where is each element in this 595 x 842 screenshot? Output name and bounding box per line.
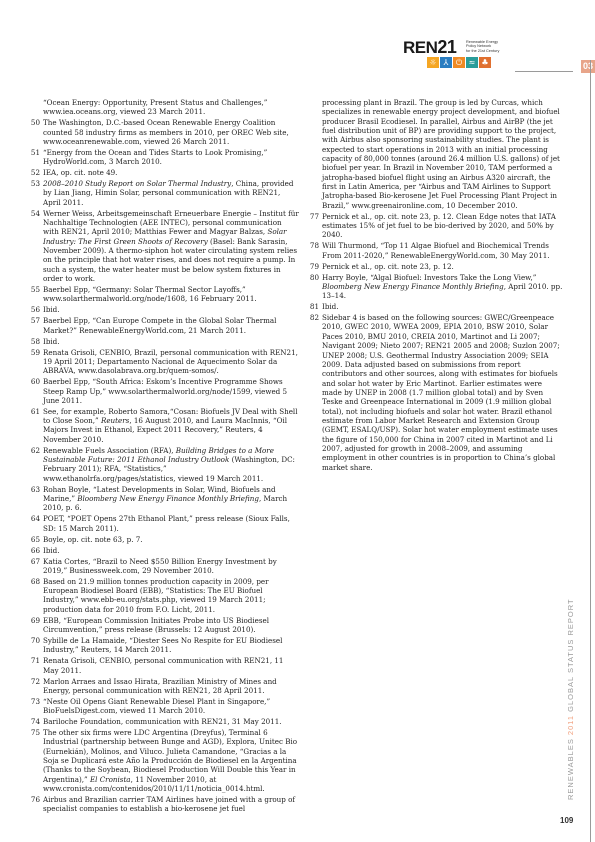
endnote-number: 64 — [25, 514, 40, 523]
endnote-number: 65 — [25, 535, 40, 544]
endnote-text: Airbus and Brazilian carrier TAM Airline… — [43, 795, 295, 813]
endnote-text: Ibid. — [43, 337, 60, 346]
water-icon: ≈ — [466, 57, 478, 68]
endnote-item: 67Katia Cortes, “Brazil to Need $550 Bil… — [32, 557, 299, 576]
endnote-item: “Ocean Energy: Opportunity, Present Stat… — [32, 98, 299, 117]
endnote-item: 71Renata Grisoli, CENBIO, personal commu… — [32, 656, 299, 675]
endnote-item: 59Renata Grisoli, CENBIO, Brazil, person… — [32, 348, 299, 376]
endnote-item: 72Marlon Arraes and Issao Hirata, Brazil… — [32, 677, 299, 696]
page-number: 109 — [560, 816, 573, 825]
endnote-item: 64POET, “POET Opens 27th Ethanol Plant,”… — [32, 514, 299, 533]
logo-tagline: Renewable Energy Policy Network for the … — [466, 40, 526, 53]
wind-icon: ⅄ — [440, 57, 452, 68]
endnote-item: 77Pernick et al., op. cit. note 23, p. 1… — [311, 212, 563, 240]
endnote-text: The Washington, D.C.-based Ocean Renewab… — [43, 118, 289, 146]
endnote-item: 81Ibid. — [311, 302, 563, 311]
endnote-item: 79Pernick et al., op. cit. note 23, p. 1… — [311, 262, 563, 271]
endnote-text: Based on 21.9 million tonnes production … — [43, 577, 269, 614]
endnote-text: processing plant in Brazil. The group is… — [322, 98, 560, 210]
endnote-item: 76Airbus and Brazilian carrier TAM Airli… — [32, 795, 299, 814]
endnote-number: 72 — [25, 677, 40, 686]
logo-icon-row: ☼ ⅄ ⏻ ≈ ♣ — [427, 57, 491, 68]
chapter-tab[interactable]: 03 — [581, 60, 595, 73]
endnote-text-lead: Renewable Fuels Association (RFA), — [43, 446, 176, 455]
endnote-title-italic: El Cronista — [90, 775, 131, 784]
endnote-number: 51 — [25, 148, 40, 157]
endnote-number: 80 — [304, 273, 319, 282]
endnote-number: 69 — [25, 616, 40, 625]
endnote-text: “Neste Oil Opens Giant Renewable Diesel … — [43, 697, 270, 715]
endnote-number: 50 — [25, 118, 40, 127]
endnote-number: 59 — [25, 348, 40, 357]
endnote-number: 53 — [25, 179, 40, 188]
endnote-number: 56 — [25, 305, 40, 314]
report-title-vertical: RENEWABLES 2011 GLOBAL STATUS REPORT — [566, 598, 575, 800]
endnote-text: Ibid. — [43, 305, 60, 314]
leaf-icon: ♣ — [479, 57, 491, 68]
endnote-number: 74 — [25, 717, 40, 726]
endnote-text: Baerbel Epp, “South Africa: Eskom’s Ince… — [43, 377, 287, 405]
endnote-item: 78Will Thurmond, “Top 11 Algae Biofuel a… — [311, 241, 563, 260]
endnote-item: 82Sidebar 4 is based on the following so… — [311, 313, 563, 472]
endnote-number: 79 — [304, 262, 319, 271]
logo-wordmark: REN21 — [403, 38, 456, 57]
endnote-item: 69EBB, “European Commission Initiates Pr… — [32, 616, 299, 635]
endnote-number: 71 — [25, 656, 40, 665]
endnote-text: Bariloche Foundation, communication with… — [43, 717, 282, 726]
endnote-item: 58Ibid. — [32, 337, 299, 346]
header-rule — [515, 71, 573, 72]
endnote-item: 74Bariloche Foundation, communication wi… — [32, 717, 299, 726]
endnote-text: Will Thurmond, “Top 11 Algae Biofuel and… — [322, 241, 550, 259]
endnote-item: 56Ibid. — [32, 305, 299, 314]
endnote-text-lead: Werner Weiss, Arbeitsgemeinschaft Erneue… — [43, 209, 299, 237]
sun-icon: ☼ — [427, 57, 439, 68]
endnote-text: Ibid. — [322, 302, 339, 311]
ren21-logo: REN21 Renewable Energy Policy Network fo… — [403, 38, 523, 68]
endnote-item: 68Based on 21.9 million tonnes productio… — [32, 577, 299, 614]
endnote-text: Sybille de La Hamaide, “Diester Sees No … — [43, 636, 282, 654]
endnote-number: 66 — [25, 546, 40, 555]
endnote-number: 55 — [25, 285, 40, 294]
endnote-text: Sidebar 4 is based on the following sour… — [322, 313, 560, 472]
endnote-title-italic: Bloomberg New Energy Finance Monthly Bri… — [77, 494, 259, 503]
endnote-number: 61 — [25, 407, 40, 416]
endnote-title-italic: 2008–2010 Study Report on Solar Thermal … — [43, 179, 231, 188]
endnote-text: Baerbel Epp, “Can Europe Compete in the … — [43, 316, 276, 334]
power-icon: ⏻ — [453, 57, 465, 68]
endnote-number: 67 — [25, 557, 40, 566]
endnote-item: processing plant in Brazil. The group is… — [311, 98, 563, 210]
endnote-text: Baerbel Epp, “Germany: Solar Thermal Sec… — [43, 285, 257, 303]
endnote-item: 75The other six firms were LDC Argentina… — [32, 728, 299, 793]
endnote-item: 57Baerbel Epp, “Can Europe Compete in th… — [32, 316, 299, 335]
endnote-text: Pernick et al., op. cit. note 23, p. 12. — [322, 262, 454, 271]
endnote-text: Katia Cortes, “Brazil to Need $550 Billi… — [43, 557, 277, 575]
endnote-item: 52IEA, op. cit. note 49. — [32, 168, 299, 177]
endnote-text-lead: Harry Boyle, “Algal Biofuel: Investors T… — [322, 273, 536, 282]
endnote-number: 52 — [25, 168, 40, 177]
endnote-item: 51“Energy from the Ocean and Tides Start… — [32, 148, 299, 167]
endnote-item: 80Harry Boyle, “Algal Biofuel: Investors… — [311, 273, 563, 301]
endnote-number: 78 — [304, 241, 319, 250]
endnote-number: 68 — [25, 577, 40, 586]
endnote-item: 65Boyle, op. cit. note 63, p. 7. — [32, 535, 299, 544]
endnote-number: 60 — [25, 377, 40, 386]
endnote-title-italic: Reuters — [101, 416, 129, 425]
endnote-number: 77 — [304, 212, 319, 221]
side-rule — [590, 60, 591, 842]
endnote-item: 50The Washington, D.C.-based Ocean Renew… — [32, 118, 299, 146]
endnote-item: 55Baerbel Epp, “Germany: Solar Thermal S… — [32, 285, 299, 304]
endnote-item: 60Baerbel Epp, “South Africa: Eskom’s In… — [32, 377, 299, 405]
endnote-text: Pernick et al., op. cit. note 23, p. 12.… — [322, 212, 556, 240]
endnote-text: “Energy from the Ocean and Tides Starts … — [43, 148, 267, 166]
endnote-item: 66Ibid. — [32, 546, 299, 555]
endnote-number: 82 — [304, 313, 319, 322]
endnotes-left-column: “Ocean Energy: Opportunity, Present Stat… — [32, 98, 299, 815]
endnote-number: 57 — [25, 316, 40, 325]
endnote-item: 70Sybille de La Hamaide, “Diester Sees N… — [32, 636, 299, 655]
endnote-number: 63 — [25, 485, 40, 494]
endnote-number: 75 — [25, 728, 40, 737]
endnotes-right-column: processing plant in Brazil. The group is… — [311, 98, 563, 474]
endnote-item: 73“Neste Oil Opens Giant Renewable Diese… — [32, 697, 299, 716]
endnote-text: Renata Grisoli, CENBIO, Brazil, personal… — [43, 348, 298, 376]
endnote-item: 62Renewable Fuels Association (RFA), Bui… — [32, 446, 299, 483]
endnote-number: 54 — [25, 209, 40, 218]
endnote-text: Boyle, op. cit. note 63, p. 7. — [43, 535, 143, 544]
endnote-item: 61See, for example, Roberto Samora,“Cosa… — [32, 407, 299, 444]
endnote-text: POET, “POET Opens 27th Ethanol Plant,” p… — [43, 514, 290, 532]
endnote-title-italic: Bloomberg New Energy Finance Monthly Bri… — [322, 282, 504, 291]
endnote-number: 81 — [304, 302, 319, 311]
endnote-number: 62 — [25, 446, 40, 455]
endnote-text: Marlon Arraes and Issao Hirata, Brazilia… — [43, 677, 277, 695]
endnote-text: EBB, “European Commission Initiates Prob… — [43, 616, 269, 634]
endnote-item: 532008–2010 Study Report on Solar Therma… — [32, 179, 299, 207]
endnote-number: 76 — [25, 795, 40, 804]
endnote-number: 70 — [25, 636, 40, 645]
endnote-item: 63Rohan Boyle, “Latest Developments in S… — [32, 485, 299, 513]
endnote-text: Renata Grisoli, CENBIO, personal communi… — [43, 656, 283, 674]
endnote-text: “Ocean Energy: Opportunity, Present Stat… — [43, 98, 267, 116]
endnote-item: 54Werner Weiss, Arbeitsgemeinschaft Erne… — [32, 209, 299, 284]
endnote-text: Ibid. — [43, 546, 60, 555]
endnote-text: IEA, op. cit. note 49. — [43, 168, 117, 177]
endnote-number: 73 — [25, 697, 40, 706]
endnote-number: 58 — [25, 337, 40, 346]
